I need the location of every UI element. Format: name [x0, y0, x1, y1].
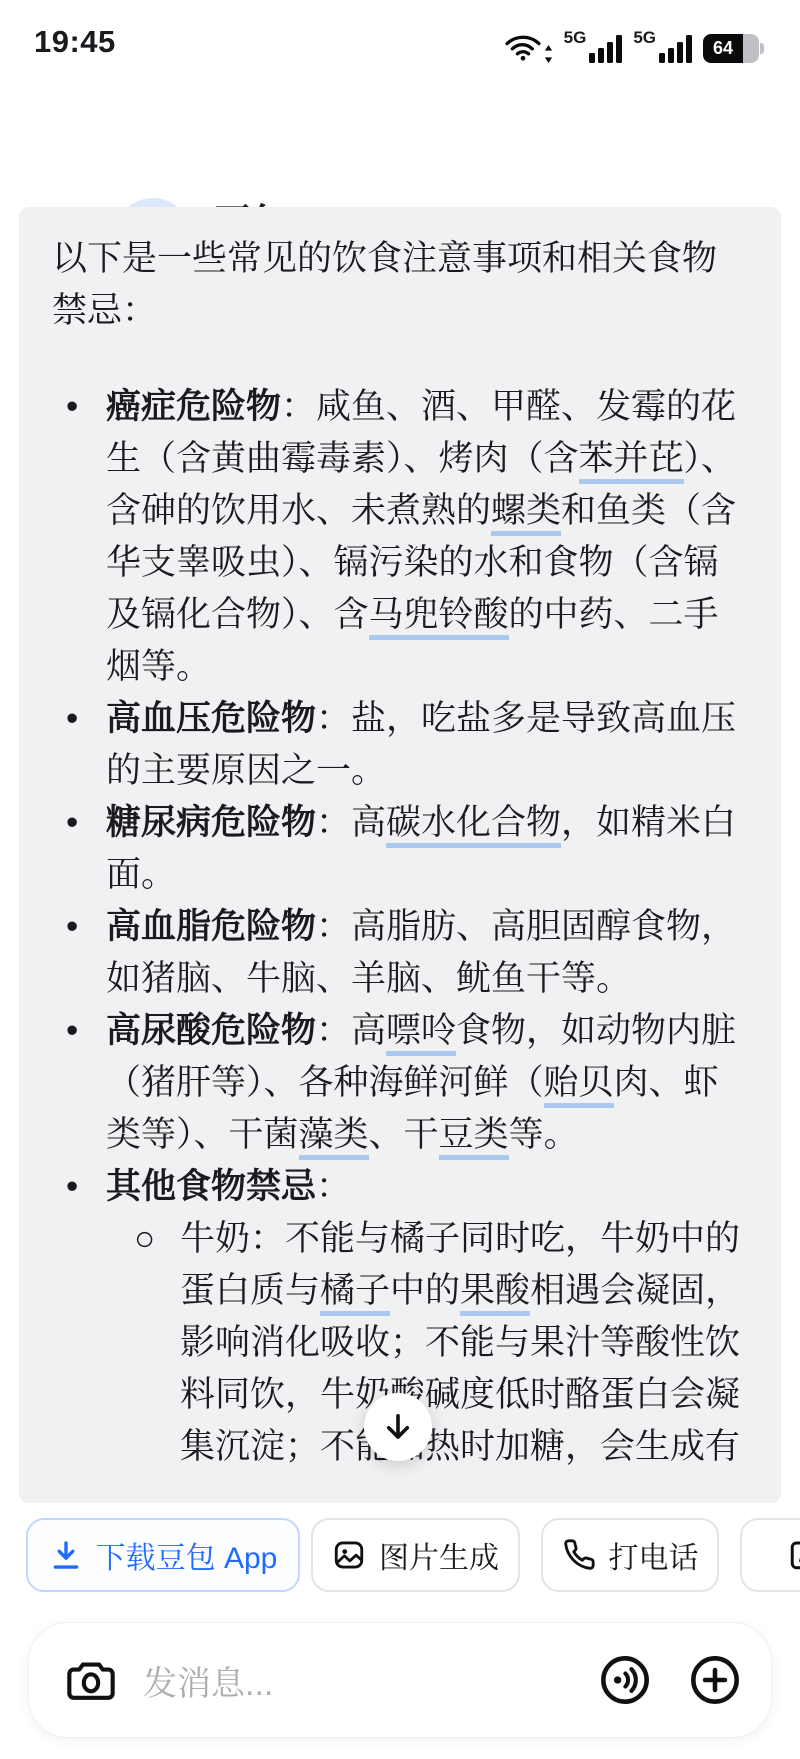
signal-5g-label-left: 5G — [564, 29, 587, 46]
term-link[interactable]: 橘子 — [320, 1271, 390, 1316]
voice-wave-icon[interactable] — [599, 1654, 651, 1706]
list-item: •高尿酸危险物：高嘌呤食物，如动物内脏（猪肝等）、各种海鲜河鲜（贻贝肉、虾类等）… — [52, 1005, 749, 1161]
text-segment: 高血脂危险物 — [106, 907, 316, 946]
scroll-to-bottom-button[interactable] — [364, 1393, 432, 1461]
status-time: 19:45 — [34, 24, 116, 60]
message-input[interactable]: 发消息... — [143, 1656, 599, 1705]
list-item: •高血脂危险物：高脂肪、高胆固醇食物，如猪脑、牛脑、羊脑、鱿鱼干等。 — [52, 901, 749, 1005]
list-item: •其他食物禁忌： — [52, 1161, 749, 1213]
plus-icon[interactable] — [689, 1654, 741, 1706]
bullet-marker: • — [52, 693, 106, 745]
image-icon — [332, 1538, 366, 1572]
signal-5g-label-right: 5G — [633, 29, 656, 46]
text-segment: 等。 — [509, 1115, 579, 1154]
quick-action-图片生成[interactable]: 图片生成 — [311, 1518, 520, 1592]
status-icons: 5G 5G 64 — [505, 27, 764, 63]
list-item-text: 高血压危险物：盐，吃盐多是导致高血压的主要原因之一。 — [106, 693, 749, 797]
bullet-marker: • — [52, 1161, 106, 1213]
text-segment: 其他食物禁忌 — [106, 1167, 316, 1206]
quick-action-label: 打电话 — [609, 1533, 699, 1577]
text-segment: 癌症危险物 — [106, 387, 281, 426]
term-link[interactable]: 果酸 — [460, 1271, 530, 1316]
term-link[interactable]: 豆类 — [439, 1115, 509, 1160]
chat-header: 豆包 下载豆包 App › — [0, 92, 800, 192]
signal-right: 5G — [633, 29, 692, 63]
text-segment: 中的 — [390, 1271, 460, 1310]
text-segment: 高血压危险物 — [106, 699, 316, 738]
message-list: •癌症危险物：咸鱼、酒、甲醛、发霉的花生（含黄曲霉毒素）、烤肉（含苯并芘）、含砷… — [52, 381, 749, 1473]
quick-action-打电话[interactable]: 打电话 — [541, 1518, 719, 1592]
text-segment: 高尿酸危险物 — [106, 1011, 316, 1050]
bullet-marker: • — [52, 1005, 106, 1057]
term-link[interactable]: 马兜铃酸 — [369, 595, 509, 640]
text-segment: ：高 — [316, 1011, 386, 1050]
wifi-icon — [505, 33, 541, 63]
signal-left: 5G — [564, 29, 623, 63]
quick-action-label: 图片生成 — [379, 1533, 499, 1577]
list-item-text: 高血脂危险物：高脂肪、高胆固醇食物，如猪脑、牛脑、羊脑、鱿鱼干等。 — [106, 901, 749, 1005]
download-icon — [49, 1538, 83, 1572]
quick-actions-bar: 下载豆包 App图片生成打电话 — [0, 1518, 800, 1592]
term-link[interactable]: 贻贝 — [544, 1063, 614, 1108]
term-link[interactable]: 苯并芘 — [579, 439, 684, 484]
compose-icon — [788, 1538, 800, 1572]
list-item: ○牛奶：不能与橘子同时吃，牛奶中的蛋白质与橘子中的果酸相遇会凝固，影响消化吸收；… — [128, 1213, 749, 1473]
bullet-marker: • — [52, 901, 106, 953]
assistant-message-bubble: 以下是一些常见的饮食注意事项和相关食物禁忌： •癌症危险物：咸鱼、酒、甲醛、发霉… — [19, 207, 781, 1503]
text-segment: ： — [316, 1167, 351, 1206]
bullet-marker: • — [52, 381, 106, 433]
down-arrow-icon — [380, 1409, 416, 1445]
list-item: •癌症危险物：咸鱼、酒、甲醛、发霉的花生（含黄曲霉毒素）、烤肉（含苯并芘）、含砷… — [52, 381, 749, 693]
quick-action-label: 下载豆包 App — [96, 1533, 278, 1577]
quick-action-compose[interactable] — [740, 1518, 800, 1592]
bullet-marker: • — [52, 797, 106, 849]
camera-icon[interactable] — [65, 1654, 117, 1706]
term-link[interactable]: 嘌呤 — [386, 1011, 456, 1056]
term-link[interactable]: 藻类 — [299, 1115, 369, 1160]
list-item-text: 糖尿病危险物：高碳水化合物，如精米白面。 — [106, 797, 749, 901]
list-item-text: 牛奶：不能与橘子同时吃，牛奶中的蛋白质与橘子中的果酸相遇会凝固，影响消化吸收；不… — [180, 1213, 749, 1473]
list-item: •高血压危险物：盐，吃盐多是导致高血压的主要原因之一。 — [52, 693, 749, 797]
list-item-text: 癌症危险物：咸鱼、酒、甲醛、发霉的花生（含黄曲霉毒素）、烤肉（含苯并芘）、含砷的… — [106, 381, 749, 693]
signal-bars-icon — [589, 35, 622, 63]
quick-action-下载豆包 App[interactable]: 下载豆包 App — [26, 1518, 300, 1592]
text-segment: ：高 — [316, 803, 386, 842]
status-bar: 19:45 5G 5G — [0, 0, 800, 75]
term-link[interactable]: 碳水化合物 — [386, 803, 561, 848]
phone-icon — [562, 1538, 596, 1572]
term-link[interactable]: 螺类 — [491, 491, 561, 536]
battery-percent: 64 — [703, 34, 743, 63]
text-segment: 糖尿病危险物 — [106, 803, 316, 842]
composer-bar: 发消息... — [28, 1622, 772, 1738]
signal-bars-icon — [659, 35, 692, 63]
list-item-text: 高尿酸危险物：高嘌呤食物，如动物内脏（猪肝等）、各种海鲜河鲜（贻贝肉、虾类等）、… — [106, 1005, 749, 1161]
message-intro: 以下是一些常见的饮食注意事项和相关食物禁忌： — [52, 233, 749, 337]
circle-marker: ○ — [128, 1213, 180, 1265]
text-segment: 、干 — [369, 1115, 439, 1154]
wifi-arrows-icon — [544, 45, 553, 63]
list-item-text: 其他食物禁忌： — [106, 1161, 749, 1213]
list-item: •糖尿病危险物：高碳水化合物，如精米白面。 — [52, 797, 749, 901]
battery-icon: 64 — [703, 33, 764, 63]
